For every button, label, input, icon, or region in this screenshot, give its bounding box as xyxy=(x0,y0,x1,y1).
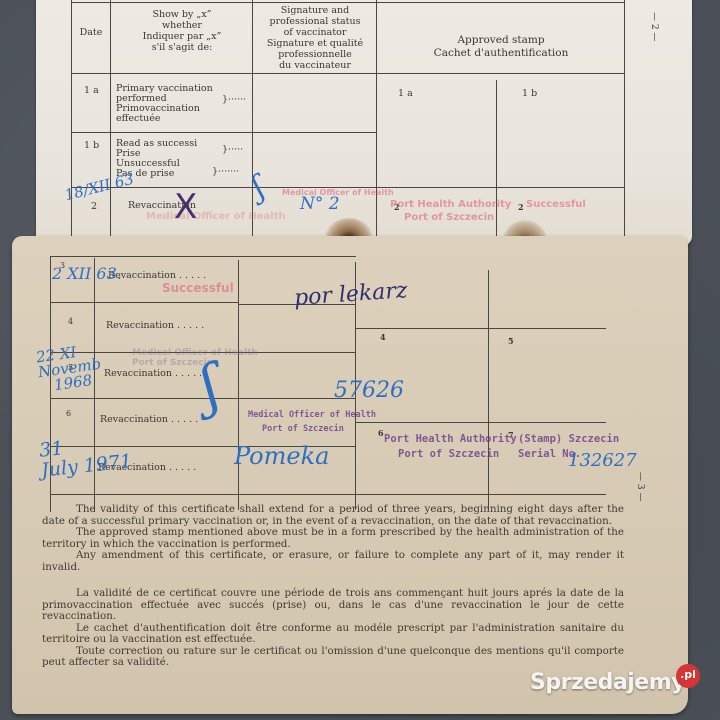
table-divider xyxy=(356,422,606,423)
page-number: — 2 — xyxy=(648,12,659,41)
table-divider xyxy=(488,270,489,510)
table-border xyxy=(50,494,606,495)
table-divider xyxy=(71,73,624,74)
table-border xyxy=(71,2,624,3)
revaccination-label: Revaccination . . . . . xyxy=(106,320,204,331)
row-number: 6 xyxy=(66,408,71,419)
watermark-badge: .pl xyxy=(676,664,700,688)
handwritten-date: 2 XII 63. xyxy=(52,264,122,283)
serial-number-handwritten: 132627 xyxy=(568,450,637,471)
purple-stamp-authority: Port Health Authority Port of Szczecin xyxy=(384,432,517,462)
row-number: 1 b xyxy=(84,140,99,151)
faint-stamp: Medical Officer of Health xyxy=(146,210,286,223)
vaccinator-signature: Pomeka xyxy=(234,442,329,470)
header-approved-stamp: Approved stamp Cachet d'authentification xyxy=(378,34,624,60)
checkbox-bracket[interactable]: }······ xyxy=(222,94,246,105)
validity-text-french: La validité de ce certificat couvre une … xyxy=(42,588,624,669)
header-show-by-x: Show by „x” whether Indiquer par „x” s'i… xyxy=(112,9,252,53)
handwritten-date: 18/XII 63 xyxy=(63,170,136,205)
stamp-cell-label: 4 xyxy=(380,332,386,343)
primary-vaccination-label: Primary vaccination performed Primovacci… xyxy=(116,84,213,124)
header-date: Date xyxy=(72,27,110,38)
certificate-page-3: 3 Revaccination . . . . . 4 Revaccinatio… xyxy=(12,236,688,714)
table-divider xyxy=(356,328,606,329)
table-divider xyxy=(71,132,376,133)
table-divider xyxy=(376,0,377,239)
stamp-cell-label: 1 a xyxy=(398,88,413,99)
table-divider xyxy=(238,260,239,510)
purple-stamp-signature: Medical Officer of Health Port of Szczec… xyxy=(248,408,376,436)
handwritten-date: 22 XI Novemb 1968 xyxy=(35,342,104,395)
vaccinator-number: N° 2 xyxy=(300,194,340,214)
row-number: 1 a xyxy=(84,85,99,96)
stamp-cell-label: 6 xyxy=(378,428,384,439)
validity-text-english: The validity of this certificate shall e… xyxy=(42,504,624,573)
stamp-cell-label: 5 xyxy=(508,336,514,347)
stamp-cell-label: 2 xyxy=(518,202,524,213)
table-border xyxy=(624,0,625,239)
red-stamp-successful: Successful xyxy=(162,282,234,295)
checkbox-line[interactable]: }······· xyxy=(212,166,239,177)
table-divider xyxy=(110,0,111,239)
stamp-cell-label: 1 b xyxy=(522,88,537,99)
checkbox-bracket[interactable]: }····· xyxy=(222,144,243,155)
table-border xyxy=(50,256,356,257)
page-number: — 3 — xyxy=(634,472,645,501)
table-divider xyxy=(50,302,238,303)
table-divider xyxy=(252,0,253,239)
certificate-page-2: Date Show by „x” whether Indiquer par „x… xyxy=(36,0,692,246)
row-number: 4 xyxy=(68,316,73,327)
revaccination-label: Revaccination . . . . . xyxy=(100,414,198,425)
table-divider xyxy=(50,398,356,399)
row-number: 2 xyxy=(91,201,97,212)
vaccinator-signature: por lekarz xyxy=(293,278,408,311)
revaccination-label: Revaccination . . . . . xyxy=(108,270,206,281)
revaccination-label: Revaccination . . . . . xyxy=(104,368,202,379)
x-mark: X xyxy=(174,190,197,224)
red-stamp-successful: Successful xyxy=(526,198,586,211)
watermark-logo: Sprzedajemy xyxy=(530,670,685,695)
header-signature: Signature and professional status of vac… xyxy=(254,5,376,71)
vaccinator-number: 57626 xyxy=(334,378,404,403)
red-stamp-authority: Port Health Authority Port of Szczecin xyxy=(390,198,511,224)
handwritten-date: 31 July 1971 xyxy=(38,431,133,480)
